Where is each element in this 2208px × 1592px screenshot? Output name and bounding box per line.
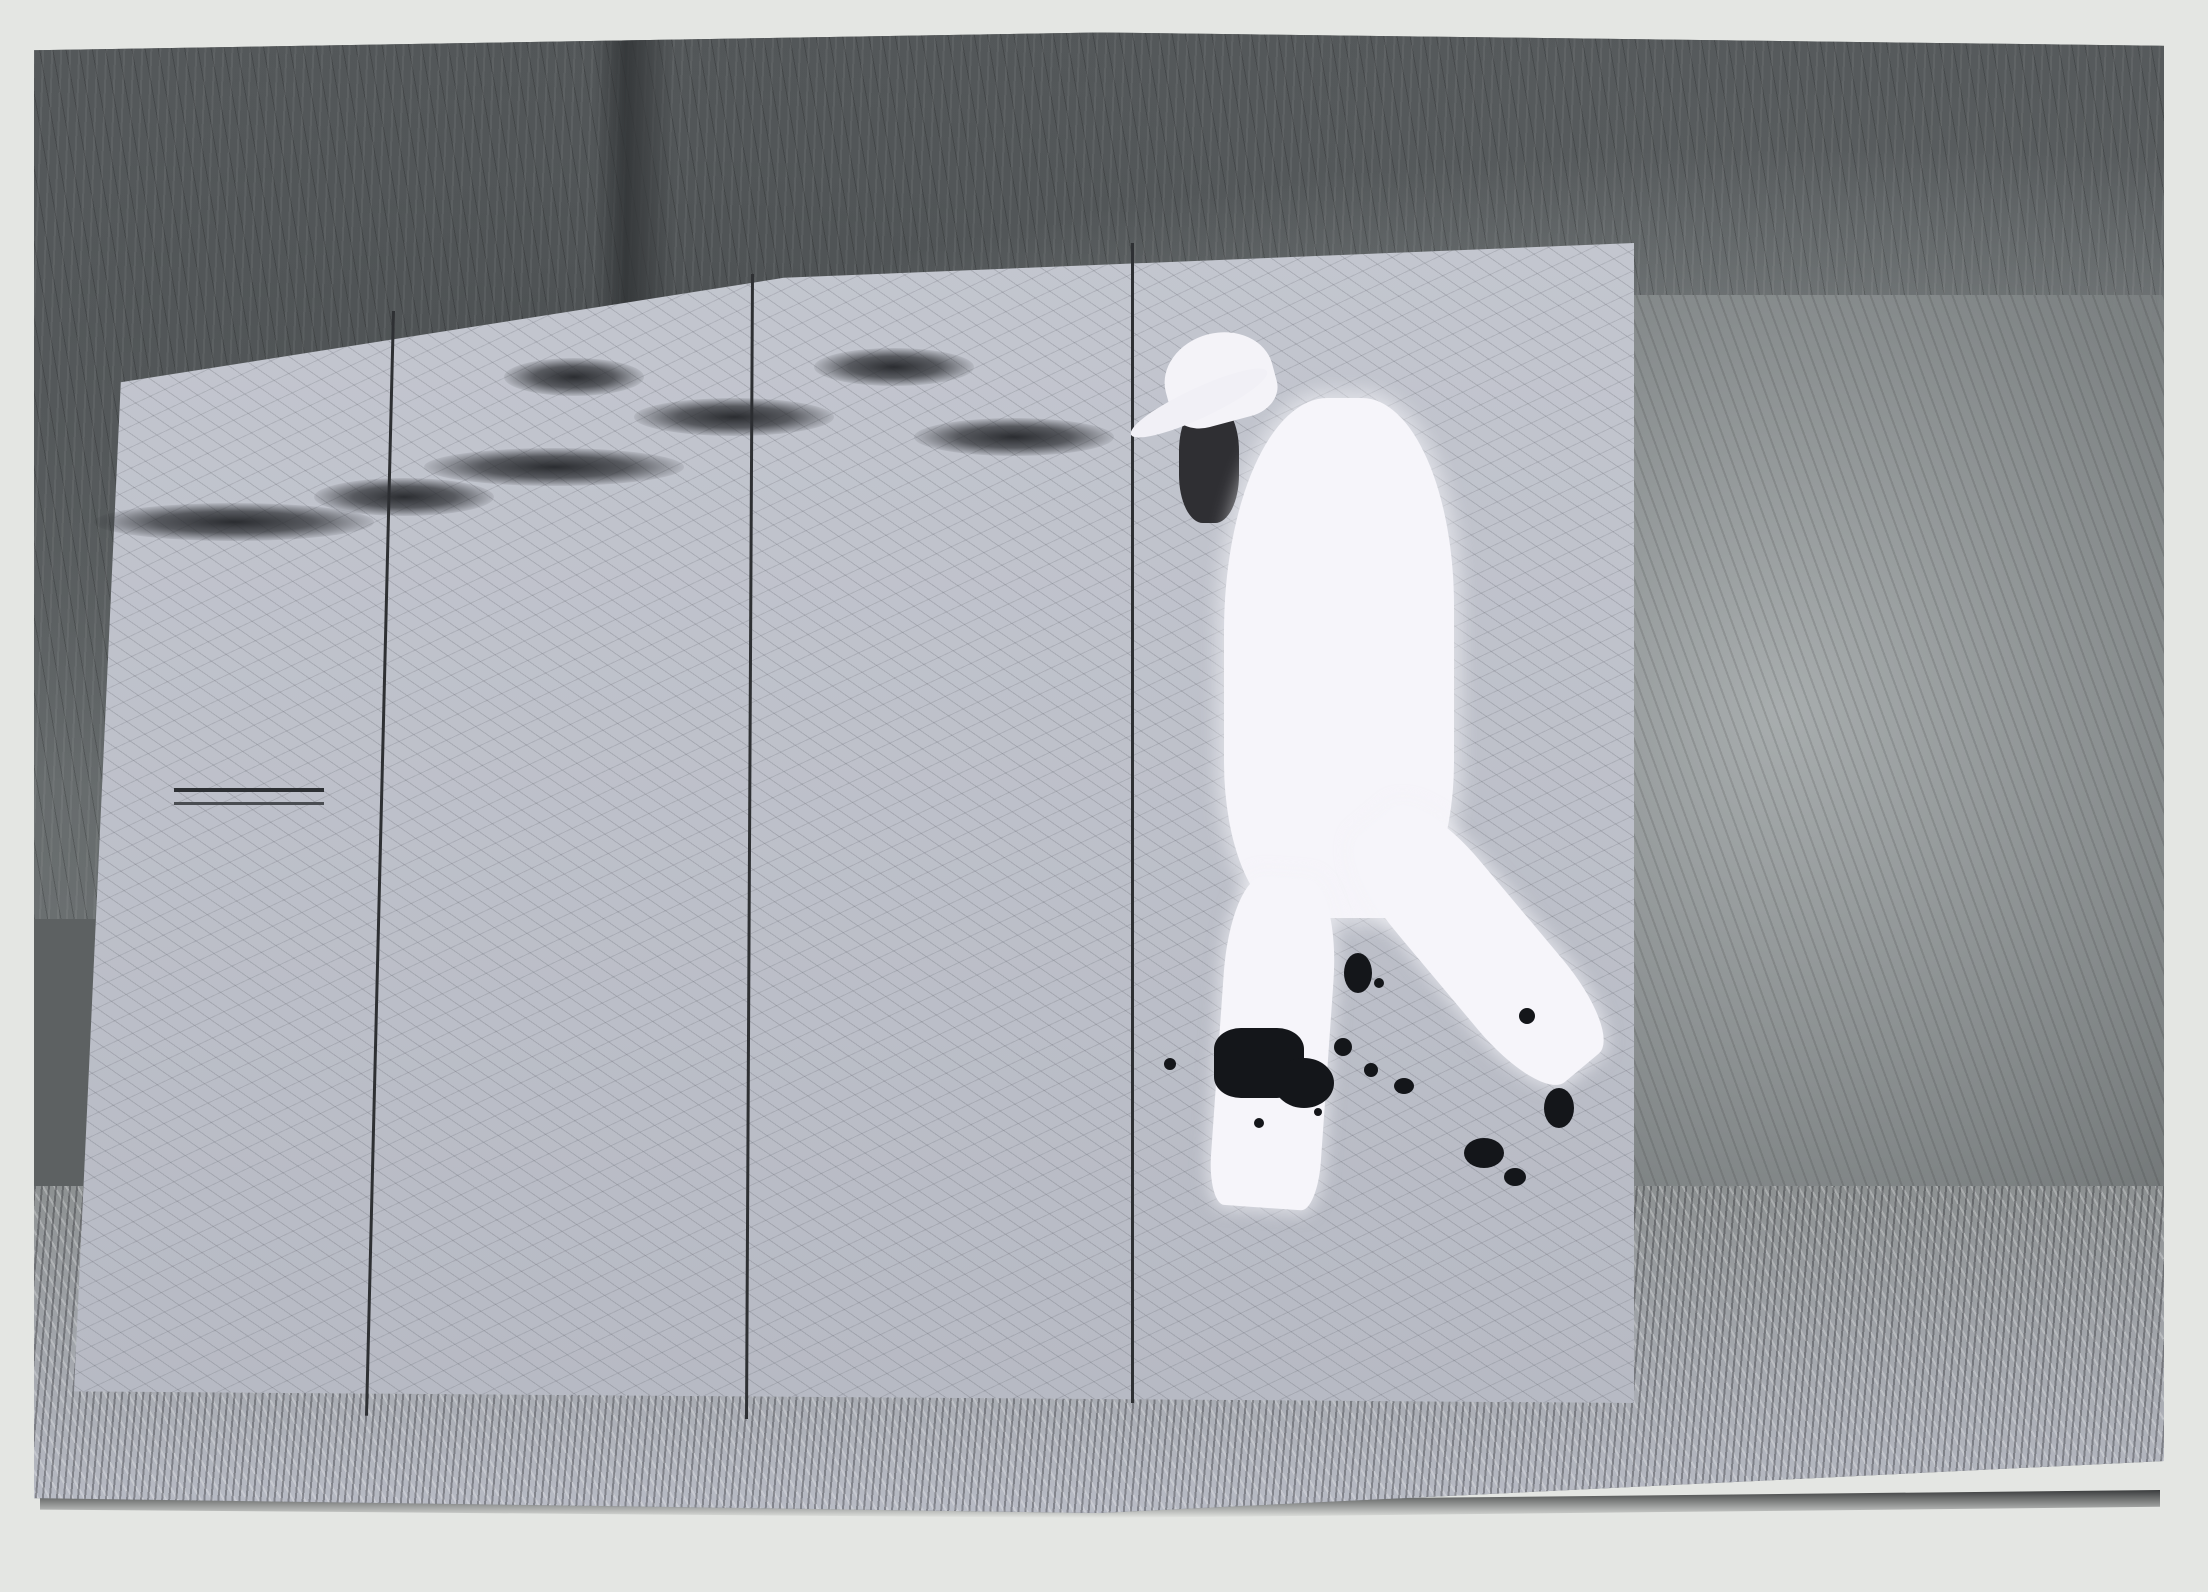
- painted-brush-strokes: [74, 328, 1134, 588]
- photo-card: [34, 28, 2164, 1513]
- figure-in-white: [1124, 318, 1554, 1318]
- horizontal-mark: [174, 788, 324, 805]
